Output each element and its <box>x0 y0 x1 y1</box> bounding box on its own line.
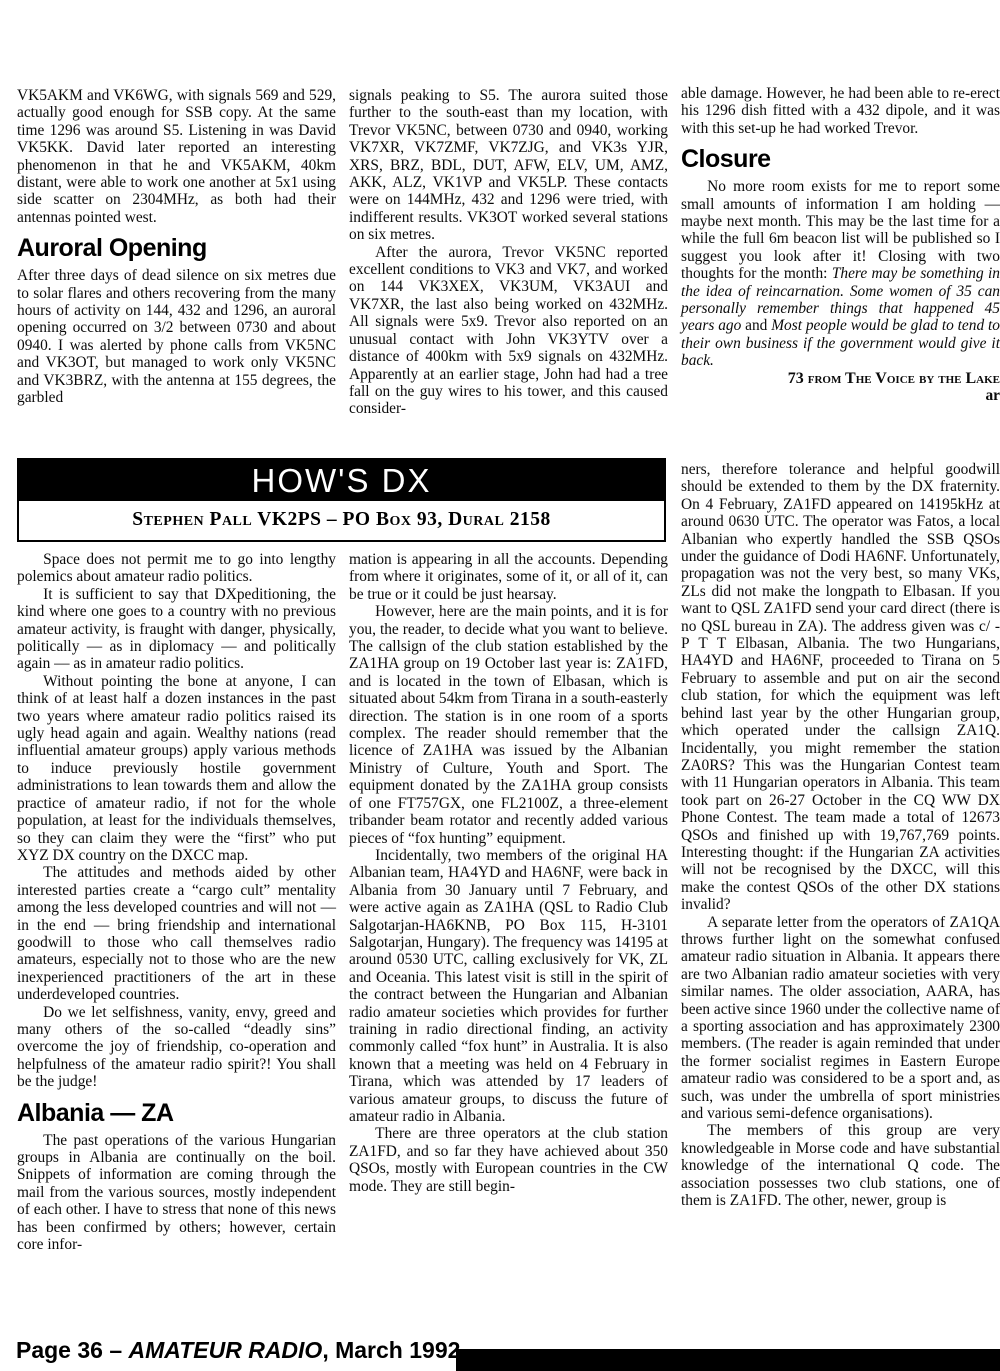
paragraph: After the aurora, Trevor VK5NC reported … <box>349 244 668 418</box>
paragraph: Do we let selfishness, vanity, envy, gre… <box>17 1004 336 1091</box>
paragraph: The attitudes and methods aided by other… <box>17 864 336 1003</box>
paragraph: VK5AKM and VK6WG, with signals 569 and 5… <box>17 87 336 226</box>
paragraph: It is sufficient to say that DXpeditioni… <box>17 586 336 673</box>
paragraph: There are three operators at the club st… <box>349 1125 668 1195</box>
dx-article-column-3: ners, therefore tolerance and helpful go… <box>681 461 1000 1209</box>
section-heading-auroral-opening: Auroral Opening <box>17 235 336 262</box>
top-article-column-1: VK5AKM and VK6WG, with signals 569 and 5… <box>17 87 336 407</box>
paragraph: signals peaking to S5. The aurora suited… <box>349 87 668 244</box>
paragraph: Without pointing the bone at anyone, I c… <box>17 673 336 864</box>
bottom-scan-bar <box>456 1349 1000 1371</box>
footer-date: , March 1992 <box>322 1337 460 1363</box>
paragraph: The members of this group are very knowl… <box>681 1122 1000 1209</box>
paragraph: However, here are the main points, and i… <box>349 603 668 847</box>
top-article-column-2: signals peaking to S5. The aurora suited… <box>349 87 668 418</box>
hows-dx-title: HOW'S DX <box>19 460 664 501</box>
dx-article-column-1: Space does not permit me to go into leng… <box>17 551 336 1253</box>
page-footer: Page 36 – AMATEUR RADIO, March 1992 <box>16 1337 460 1364</box>
footer-magazine-title: AMATEUR RADIO <box>129 1337 323 1363</box>
section-heading-albania-za: Albania — ZA <box>17 1100 336 1127</box>
top-article-column-3: able damage. However, he had been able t… <box>681 85 1000 405</box>
paragraph: Incidentally, two members of the origina… <box>349 847 668 1126</box>
paragraph: A separate letter from the operators of … <box>681 914 1000 1123</box>
hows-dx-header-box: HOW'S DX Stephen Pall VK2PS – PO Box 93,… <box>17 458 666 542</box>
paragraph: mation is appearing in all the accounts.… <box>349 551 668 603</box>
paragraph: ners, therefore tolerance and helpful go… <box>681 461 1000 914</box>
dx-article-column-2: mation is appearing in all the accounts.… <box>349 551 668 1195</box>
hows-dx-byline: Stephen Pall VK2PS – PO Box 93, Dural 21… <box>19 501 664 540</box>
magazine-page: VK5AKM and VK6WG, with signals 569 and 5… <box>0 0 1000 1371</box>
section-heading-closure: Closure <box>681 146 1000 173</box>
paragraph: Space does not permit me to go into leng… <box>17 551 336 586</box>
paragraph: After three days of dead silence on six … <box>17 267 336 406</box>
paragraph: No more room exists for me to report som… <box>681 178 1000 369</box>
footer-page-number: Page 36 – <box>16 1337 129 1363</box>
paragraph: The past operations of the various Hunga… <box>17 1132 336 1254</box>
article-end-mark: ar <box>681 387 1000 404</box>
signoff-line: 73 from The Voice by the Lake <box>681 370 1000 387</box>
closure-and: and <box>741 317 771 334</box>
paragraph: able damage. However, he had been able t… <box>681 85 1000 137</box>
